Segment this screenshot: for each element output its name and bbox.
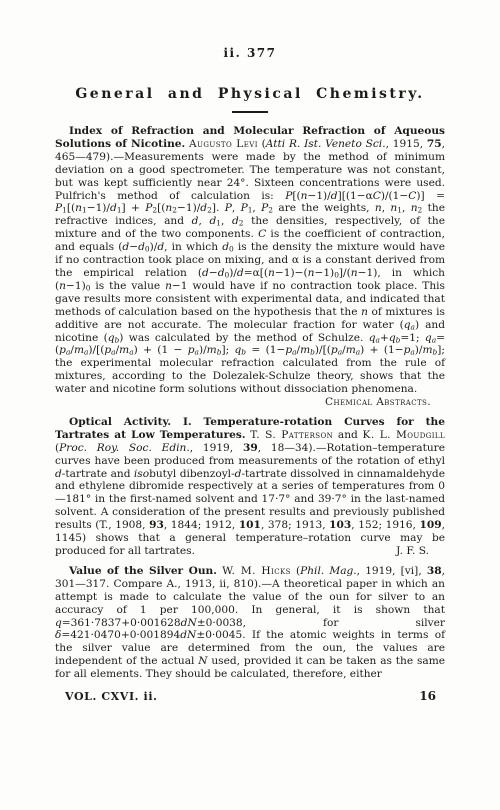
text-run: q <box>369 332 376 344</box>
text-run: d <box>218 267 225 279</box>
abstract-paragraph: Value of the Silver Oun. W. M. Hicks (Ph… <box>55 565 445 681</box>
text-run: )/[( <box>88 344 104 356</box>
abstract-paragraph: Index of Refraction and Molecular Refrac… <box>55 125 445 409</box>
text-run: P <box>225 202 232 214</box>
text-run: ][(1−α <box>338 190 373 202</box>
text-run: m <box>74 344 84 356</box>
text-run: n <box>351 267 358 279</box>
text-run: m <box>346 344 356 356</box>
text-run: ]/( <box>339 267 351 279</box>
text-run: T. S. Patterson <box>250 429 333 441</box>
section-divider-rule <box>232 111 268 113</box>
text-run: d <box>222 241 229 253</box>
abstract-paragraph: Optical Activity. I. Temperature-rotatio… <box>55 416 445 558</box>
text-run: d <box>110 202 117 214</box>
page-number: ii. 377 <box>0 0 500 60</box>
text-run: n <box>75 202 82 214</box>
text-run: 109 <box>420 519 442 531</box>
text-run: butyl dibenzoyl- <box>149 468 235 480</box>
text-run: d <box>55 468 62 480</box>
text-run: Proc. Roy. Soc. Edin. <box>59 442 190 454</box>
text-run: d <box>237 267 244 279</box>
text-run: , 378; 1913, <box>261 519 329 531</box>
text-run: − <box>209 267 218 279</box>
text-run: d <box>232 215 239 227</box>
text-run: 103 <box>329 519 351 531</box>
text-run: )/ <box>199 344 207 356</box>
text-run: 101 <box>239 519 261 531</box>
text-run: −1)/ <box>87 202 110 214</box>
text-run: d <box>138 241 145 253</box>
text-run: ] + <box>122 202 146 214</box>
abstracts-list: Index of Refraction and Molecular Refrac… <box>55 125 445 681</box>
text-run: W. M. Hicks <box>222 565 291 577</box>
text-run: ±0·0038, for silver <box>197 617 445 629</box>
text-run: )] = <box>416 190 445 202</box>
text-run: p <box>331 344 338 356</box>
text-run: m <box>119 344 129 356</box>
text-run: )/ <box>229 267 237 279</box>
text-run: 38 <box>427 565 442 577</box>
text-run: ) + (1 − <box>134 344 188 356</box>
text-run: 39 <box>243 442 258 454</box>
text-run: n <box>59 280 66 292</box>
text-run: ]. <box>212 202 225 214</box>
text-run: N <box>198 655 207 667</box>
abstract-signature: J. F. S. <box>382 545 429 558</box>
text-run: [( <box>292 190 300 202</box>
text-run: p <box>59 344 66 356</box>
text-run: [( <box>67 202 75 214</box>
text-run: , <box>232 202 241 214</box>
text-run: + <box>380 332 389 344</box>
text-run: q <box>404 319 411 331</box>
text-run: C <box>258 228 266 240</box>
text-run: , <box>221 215 232 227</box>
text-run: −1) <box>314 267 334 279</box>
text-run: =421·0470+0·001894 <box>61 629 180 641</box>
text-run: Value of the Silver Oun. <box>69 565 217 577</box>
text-run: =361·7837+0·001628 <box>62 617 181 629</box>
text-run: −1)/ <box>177 202 200 214</box>
text-run: q <box>389 332 396 344</box>
text-run: = (1− <box>246 344 285 356</box>
text-run: , <box>402 202 411 214</box>
text-run: , <box>198 215 209 227</box>
text-run: is the value <box>90 280 165 292</box>
text-run: P <box>241 202 248 214</box>
text-run: q <box>108 332 115 344</box>
text-run: ) was calculated by the method of Schulz… <box>119 332 368 344</box>
text-run: iso <box>134 468 149 480</box>
text-run: , 1915, <box>386 138 427 150</box>
text-run: q <box>425 332 432 344</box>
text-run: ( <box>258 138 266 150</box>
text-run: , 152; 1916, <box>351 519 419 531</box>
text-run: Augusto Levi <box>189 138 258 150</box>
text-run: m <box>300 344 310 356</box>
text-run: )/[( <box>315 344 331 356</box>
text-run: ]; <box>221 344 234 356</box>
text-run: , 1844; 1912, <box>164 519 239 531</box>
text-run: , <box>252 202 261 214</box>
text-run: d <box>331 190 338 202</box>
text-run: -tartrate and <box>62 468 134 480</box>
text-run: )/ <box>415 344 423 356</box>
text-run: n <box>268 267 275 279</box>
section-title: General and Physical Chemistry. <box>0 86 500 102</box>
text-run: , in which <box>164 241 222 253</box>
text-run: n <box>375 202 382 214</box>
abstract-signature: Chemical Abstracts. <box>55 396 445 409</box>
text-run: p <box>188 344 195 356</box>
text-run: n <box>165 280 172 292</box>
text-run: 93 <box>149 519 164 531</box>
text-run: =1; <box>400 332 425 344</box>
text-run: Phil. Mag. <box>300 565 357 577</box>
journal-page: ii. 377 General and Physical Chemistry. … <box>0 0 500 810</box>
text-run: −1)/ <box>307 190 330 202</box>
text-run: m <box>423 344 433 356</box>
text-run: −1) <box>66 280 86 292</box>
text-run: −1)−( <box>275 267 308 279</box>
text-run: n <box>411 202 418 214</box>
text-run: C <box>373 190 381 202</box>
text-run: Atti R. Ist. Veneto Sci. <box>266 138 386 150</box>
text-run: ( <box>291 565 300 577</box>
text-run: m <box>207 344 217 356</box>
text-run: dN <box>180 629 196 641</box>
text-run: , 1919, <box>190 442 243 454</box>
text-run: )/(1− <box>381 190 408 202</box>
text-run: d <box>202 267 209 279</box>
text-run: are the weights, <box>273 202 375 214</box>
text-run: , 1919, [vi], <box>357 565 427 577</box>
footer-sheet-number: 16 <box>419 689 445 703</box>
text-run: − <box>129 241 138 253</box>
text-run: n <box>361 306 368 318</box>
text-run: and <box>333 429 362 441</box>
text-run: q <box>55 617 62 629</box>
text-run: =α[( <box>244 267 268 279</box>
text-run: ) + (1− <box>360 344 403 356</box>
page-footer: VOL. CXVI. ii. 16 <box>55 689 445 703</box>
text-run: K. L. Moudgill <box>363 429 445 441</box>
footer-volume-label: VOL. CXVI. ii. <box>55 690 158 703</box>
text-run: 75 <box>427 138 442 150</box>
text-run: dN <box>181 617 197 629</box>
